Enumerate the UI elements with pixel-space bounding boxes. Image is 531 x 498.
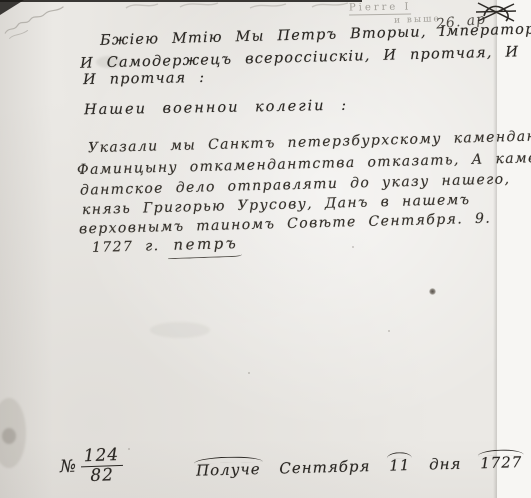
paper-speck bbox=[128, 448, 130, 450]
number-bottom: 82 bbox=[81, 466, 123, 485]
number-top: 124 bbox=[80, 447, 122, 467]
footer-received-note: Получе Сентября 11 дня 1727 г bbox=[196, 452, 531, 479]
paper-stain bbox=[96, 56, 122, 68]
received-day: 11 bbox=[389, 456, 411, 475]
number-sign: № bbox=[60, 457, 78, 478]
manuscript-photo: Pierre I и выше 26. ар Бжіею Мтію Мы Пет… bbox=[0, 0, 531, 498]
paper-stain bbox=[2, 428, 16, 444]
received-word: Получе bbox=[196, 460, 261, 480]
paper-speck bbox=[352, 246, 354, 248]
footer-document-number: №12482 bbox=[59, 447, 123, 486]
date-text: 1727 г. bbox=[92, 238, 160, 256]
address-line: Нашеи военнои колегіи : bbox=[84, 98, 348, 119]
pencil-annotation-pierre: Pierre I bbox=[349, 1, 412, 15]
paper-speck bbox=[248, 372, 250, 374]
paper-speck bbox=[470, 180, 472, 182]
received-month: Сентября bbox=[279, 457, 371, 477]
paper-stain bbox=[150, 322, 210, 338]
ghost-writing-top bbox=[122, 0, 362, 11]
paper-speck bbox=[388, 330, 390, 332]
number-fraction: 12482 bbox=[80, 447, 123, 485]
royal-signature: петръ bbox=[173, 234, 238, 254]
heading-line-3: И протчая : bbox=[83, 70, 206, 88]
received-day-word: дня bbox=[429, 455, 462, 474]
ink-speck bbox=[429, 288, 436, 295]
background-strip-right bbox=[497, 0, 531, 498]
received-year: 1727 bbox=[480, 453, 523, 472]
